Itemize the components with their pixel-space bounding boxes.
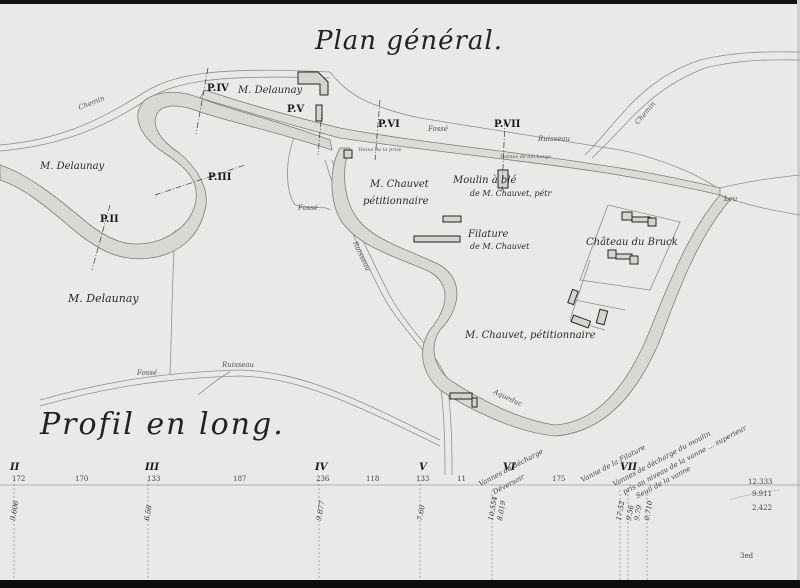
fosse-bottom: Fossé — [137, 370, 157, 377]
dist-ii: 172 — [12, 476, 25, 483]
calc-line-1: 12.333 — [748, 479, 773, 486]
marker-p-iv: P.IV — [207, 84, 229, 94]
dist-iv: 236 — [316, 476, 329, 483]
profile-title: Profil en long. — [40, 410, 285, 440]
section-iv: IV — [315, 463, 327, 473]
fosse-top: Fossé — [428, 126, 448, 133]
moulin-owner: de M. Chauvet, pétr — [470, 190, 551, 198]
dist-v: 133 — [416, 476, 429, 483]
owner-delaunay-left: M. Delaunay — [40, 162, 104, 172]
dist-175: 175 — [552, 476, 565, 483]
calc-line-3: 2.422 — [752, 505, 772, 512]
filature-owner: de M. Chauvet — [470, 243, 529, 251]
calc-line-2: 9.911 — [752, 491, 772, 498]
leu-label: Leu — [724, 196, 737, 203]
filature-label: Filature — [468, 230, 508, 240]
marker-p-ii: P.II — [100, 215, 119, 225]
owner-chauvet: M. Chauvet — [370, 180, 429, 190]
map-title: Plan général. — [315, 28, 503, 54]
map-sheet: Plan général. Profil en long. P.IV P.V P… — [0, 0, 800, 588]
dist-170: 170 — [75, 476, 88, 483]
profile-long-section — [0, 480, 800, 580]
vanne-prise-label: Vanne de la prise — [358, 148, 402, 153]
chateau-label: Château du Bruck — [586, 238, 678, 248]
vannes-decharge-label: Vannes de décharge — [500, 155, 551, 160]
ruisseau-top: Ruisseau — [538, 136, 570, 143]
marker-p-vii: P.VII — [494, 120, 520, 130]
corner-mark: 3ed — [740, 553, 753, 560]
fosse-left: Fossé — [298, 205, 318, 212]
section-v: V — [419, 463, 427, 473]
moulin-label: Moulin à blé — [453, 176, 516, 186]
ruisseau-bottom: Ruisseau — [222, 362, 254, 369]
owner-delaunay-bottom: M. Delaunay — [68, 293, 139, 304]
marker-p-iii: P.III — [208, 173, 231, 183]
dist-187: 187 — [233, 476, 246, 483]
dist-iii: 133 — [147, 476, 160, 483]
marker-p-vi: P.VI — [378, 120, 400, 130]
dist-11: 11 — [457, 476, 466, 483]
section-iii: III — [145, 463, 159, 473]
marker-p-v: P.V — [287, 105, 304, 115]
owner-petitionnaire: pétitionnaire — [363, 197, 429, 207]
dist-118: 118 — [366, 476, 379, 483]
owner-chauvet-south: M. Chauvet, pétitionnaire — [465, 331, 596, 341]
section-ii: II — [10, 463, 19, 473]
scan-border-bottom — [0, 580, 800, 588]
owner-delaunay-top: M. Delaunay — [238, 86, 302, 96]
